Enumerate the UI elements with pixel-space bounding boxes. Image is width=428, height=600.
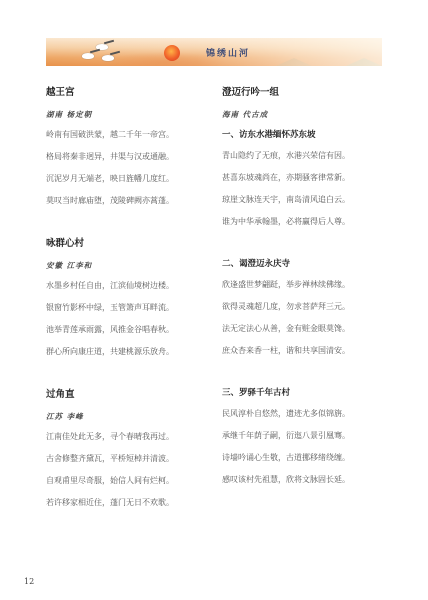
poem-line: 诗墙吟诵心生敬，古道挪移绪绕缠。 (222, 452, 392, 464)
poem-line: 庶众杏来香一柱，谐和共享国清安。 (222, 345, 392, 357)
right-column: 澄迈行吟一组 海南 代古成 一、访东水港缅怀苏东坡 青山隐约了无痕，水港兴荣信有… (222, 86, 392, 496)
poem-line: 感叹该村先祖慧，欣将文脉固长延。 (222, 474, 392, 486)
poem-line: 自观甫里尽奇服，始信人间有烂柯。 (46, 475, 216, 487)
poem-author: 湖南 杨定朝 (46, 109, 216, 120)
banner-title: 锦绣山河 (206, 46, 250, 59)
page-number: 12 (24, 577, 34, 586)
poem-line: 银窗竹影杯中绿，玉管箫声耳畔流。 (46, 302, 216, 314)
poem-line: 格局将秦非迥异，井渠与汉或通融。 (46, 151, 216, 163)
spacer (222, 238, 392, 258)
poem-block: 过角直 江苏 李峰 江南佳处此无多，寻个春晴我再过。 古舍修整齐黛瓦，平桥短棹并… (46, 388, 216, 509)
poem-line: 群心所向康庄道，共建桃源乐放舟。 (46, 346, 216, 358)
poem-line: 谁为中华承翰墨，必将赢得后人尊。 (222, 216, 392, 228)
poem-line: 水墨乡村任自由，江滨仙境树边楼。 (46, 280, 216, 292)
left-column: 越王宫 湖南 杨定朝 岭南有国破洪蒙，越二千年一帝宫。 格局将秦非迥异，井渠与汉… (46, 86, 216, 519)
poem-title: 越王宫 (46, 86, 216, 99)
poem-block: 越王宫 湖南 杨定朝 岭南有国破洪蒙，越二千年一帝宫。 格局将秦非迥异，井渠与汉… (46, 86, 216, 207)
poem-title: 咏群心村 (46, 237, 216, 250)
section-subtitle: 二、谒澄迈永庆寺 (222, 258, 392, 270)
header-banner: 锦绣山河 (46, 38, 382, 66)
poem-line: 欣逢盛世梦翩跹，举步禅林续佛缘。 (222, 279, 392, 291)
section-subtitle: 一、访东水港缅怀苏东坡 (222, 129, 392, 141)
spacer (46, 368, 216, 388)
poem-line: 琼崖文脉连天宇，南岛清风追白云。 (222, 194, 392, 206)
poem-line: 莫叹当时廊庙堕，茂陵碑阙亦蒿蓬。 (46, 195, 216, 207)
poem-line: 承继千年荫子嗣，衍迤八景引凰骞。 (222, 430, 392, 442)
poem-line: 法无定法心从善，金有赃金眼莫馋。 (222, 323, 392, 335)
poem-title: 过角直 (46, 388, 216, 401)
poem-section: 一、访东水港缅怀苏东坡 青山隐约了无痕，水港兴荣信有因。 甚喜东坡魂尚在，亦期骚… (222, 129, 392, 228)
poem-group-title: 澄迈行吟一组 (222, 86, 392, 99)
poem-line: 甚喜东坡魂尚在，亦期骚客律常新。 (222, 172, 392, 184)
crane-bird-icon (102, 55, 114, 61)
poem-line: 池举青莲承雨露，风推金谷唱春秋。 (46, 324, 216, 336)
section-subtitle: 三、罗驿千年古村 (222, 387, 392, 399)
poem-line: 江南佳处此无多，寻个春晴我再过。 (46, 431, 216, 443)
sun-icon (164, 45, 180, 61)
poem-line: 青山隐约了无痕，水港兴荣信有因。 (222, 150, 392, 162)
poem-line: 岭南有国破洪蒙，越二千年一帝宫。 (46, 129, 216, 141)
spacer (46, 217, 216, 237)
poem-author: 海南 代古成 (222, 109, 392, 120)
crane-bird-icon (82, 53, 94, 59)
poem-line: 若许移家相近住，蓬门无日不欢歌。 (46, 497, 216, 509)
poem-line: 民风淳朴自悠然，遗迹尤多似锦旃。 (222, 408, 392, 420)
poem-line: 沉泥岁月无端老，映日旌幡几度红。 (46, 173, 216, 185)
poem-author: 江苏 李峰 (46, 411, 216, 422)
poem-line: 欲得灵魂超几度，勿求菩萨拜三元。 (222, 301, 392, 313)
poem-section: 三、罗驿千年古村 民风淳朴自悠然，遗迹尤多似锦旃。 承继千年荫子嗣，衍迤八景引凰… (222, 387, 392, 486)
poem-author: 安徽 江李和 (46, 260, 216, 271)
poem-line: 古舍修整齐黛瓦，平桥短棹并清波。 (46, 453, 216, 465)
poem-section: 二、谒澄迈永庆寺 欣逢盛世梦翩跹，举步禅林续佛缘。 欲得灵魂超几度，勿求菩萨拜三… (222, 258, 392, 357)
poem-block: 咏群心村 安徽 江李和 水墨乡村任自由，江滨仙境树边楼。 银窗竹影杯中绿，玉管箫… (46, 237, 216, 358)
spacer (222, 367, 392, 387)
